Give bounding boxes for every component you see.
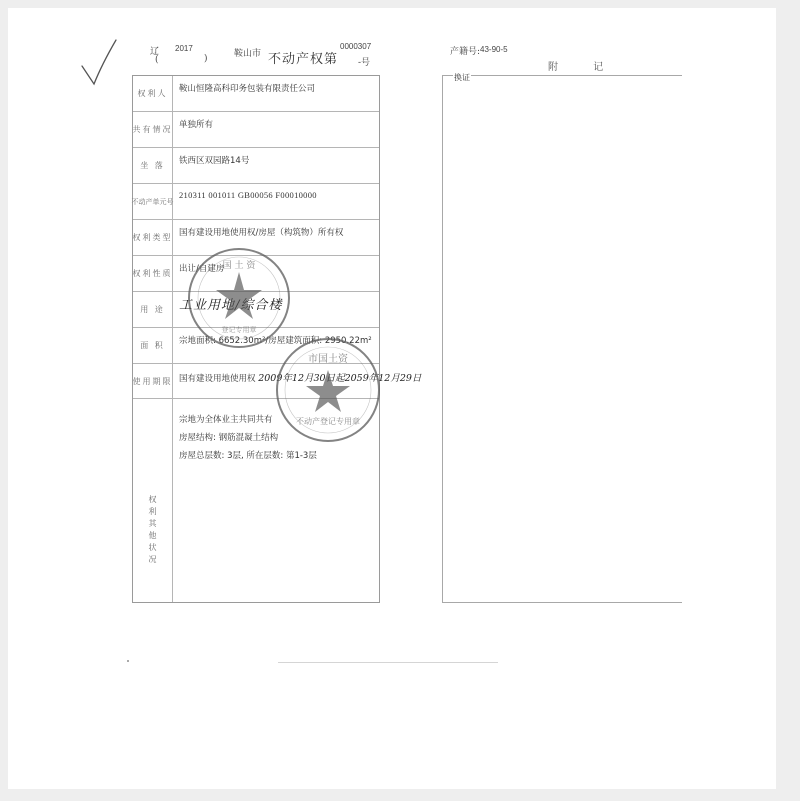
register-no-label: 产籍号: <box>450 44 480 57</box>
row-label: 面 积 <box>133 328 173 363</box>
other-status-lines: 宗地为全体业主共同共有 房屋结构: 钢筋混凝土结构 房屋总层数: 3层, 所在层… <box>179 411 317 465</box>
co-ownership-value: 单独所有 <box>179 118 213 130</box>
paren-close: ) <box>204 54 208 64</box>
other-status-line: 房屋结构: 钢筋混凝土结构 <box>179 429 317 447</box>
term-value: 国有建设用地使用权 2009年12月30日起2059年12月29日 <box>179 370 421 384</box>
other-status-line: 宗地为全体业主共同共有 <box>179 411 317 429</box>
row-label: 共有情况 <box>133 112 173 147</box>
table-row: 用 途 工业用地/综合楼 <box>133 292 379 328</box>
other-status-line: 房屋总层数: 3层, 所在层数: 第1-3层 <box>179 447 317 465</box>
right-holder-value: 鞍山恒隆高科印务包装有限责任公司 <box>179 82 315 94</box>
term-prefix: 国有建设用地使用权 <box>179 374 256 384</box>
handwritten-check-icon <box>80 38 120 88</box>
term-handwritten: 2009年12月30日起2059年12月29日 <box>258 373 421 384</box>
right-nature-value: 出让/自建房 <box>179 262 224 274</box>
annex-title: 附 记 <box>548 58 619 73</box>
cert-number: 0000307 <box>340 42 371 51</box>
row-label: 权利人 <box>133 76 173 111</box>
location-value: 铁西区双园路14号 <box>179 154 249 166</box>
annex-entry-label: 换证 <box>453 72 471 83</box>
row-label: 坐 落 <box>133 148 173 183</box>
table-row-other-status: 权利其他状况 宗地为全体业主共同共有 房屋结构: 钢筋混凝土结构 房屋总层数: … <box>133 399 379 602</box>
table-row: 权利人 鞍山恒隆高科印务包装有限责任公司 <box>133 76 379 112</box>
register-no: 43-90-5 <box>480 45 508 54</box>
table-row: 面 积 宗地面积: 6652.30m²/房屋建筑面积: 2950.22m² <box>133 328 379 364</box>
scan-artifact <box>127 660 129 662</box>
table-row: 共有情况 单独所有 <box>133 112 379 148</box>
cert-type: 不动产权第 <box>268 48 338 67</box>
table-row: 不动产单元号 210311 001011 GB00056 F00010000 <box>133 184 379 220</box>
row-label: 不动产单元号 <box>133 184 173 219</box>
scan-artifact <box>278 662 498 663</box>
right-type-value: 国有建设用地使用权/房屋（构筑物）所有权 <box>179 226 343 238</box>
table-row: 权利性质 出让/自建房 <box>133 256 379 292</box>
register-table: 权利人 鞍山恒隆高科印务包装有限责任公司 共有情况 单独所有 坐 落 铁西区双园… <box>132 75 380 603</box>
usage-value: 工业用地/综合楼 <box>179 294 282 313</box>
annex-panel: 换证 <box>442 75 682 603</box>
unit-number-value: 210311 001011 GB00056 F00010000 <box>179 190 317 200</box>
area-value: 宗地面积: 6652.30m²/房屋建筑面积: 2950.22m² <box>179 334 372 346</box>
table-row: 权利类型 国有建设用地使用权/房屋（构筑物）所有权 <box>133 220 379 256</box>
row-label: 权利其他状况 <box>133 399 173 602</box>
row-label: 权利类型 <box>133 220 173 255</box>
table-row: 坐 落 铁西区双园路14号 <box>133 148 379 184</box>
row-label: 用 途 <box>133 292 173 327</box>
row-label: 使用期限 <box>133 364 173 398</box>
scanned-certificate-page: 辽 ( 2017 ) 鞍山市 不动产权第 0000307 -号 产籍号: 43-… <box>8 8 776 789</box>
table-row: 使用期限 国有建设用地使用权 2009年12月30日起2059年12月29日 <box>133 364 379 399</box>
cert-number-suffix: -号 <box>358 55 370 68</box>
paren-open: ( <box>155 55 159 65</box>
cert-city: 鞍山市 <box>234 46 261 59</box>
row-label: 权利性质 <box>133 256 173 291</box>
cert-year: 2017 <box>175 44 193 53</box>
